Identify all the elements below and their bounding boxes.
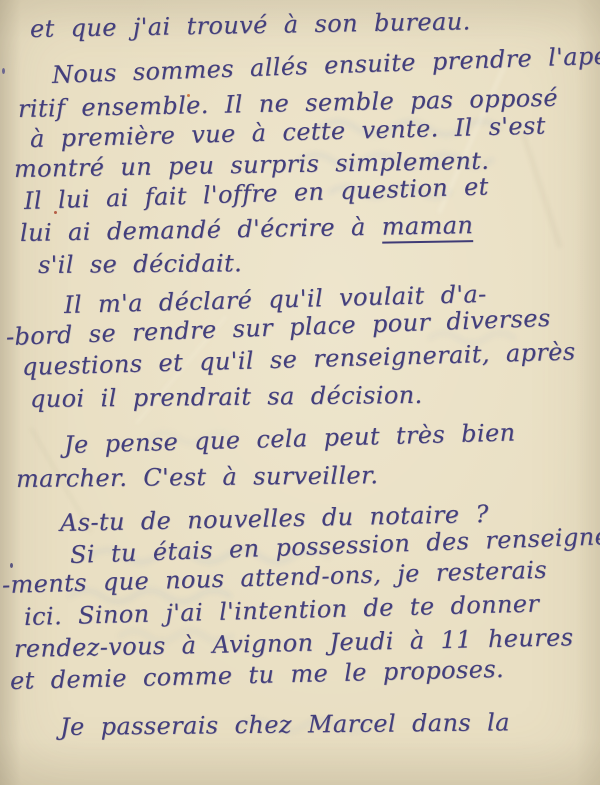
handwritten-line: s'il se décidait. — [38, 248, 242, 280]
underlined-word-maman: maman — [381, 211, 473, 244]
paper-speck — [2, 68, 5, 74]
handwritten-text: lui ai demandé d'écrire à — [20, 213, 382, 247]
paper-speck — [10, 563, 13, 568]
handwritten-line: Je passerais chez Marcel dans la — [60, 707, 510, 742]
handwritten-line: quoi il prendrait sa décision. — [30, 380, 423, 414]
handwritten-line: et que j'ai trouvé à son bureau. — [30, 6, 471, 44]
letter-page: et que j'ai trouvé à son bureau. Nous so… — [0, 0, 600, 785]
paper-crease — [522, 132, 562, 247]
handwritten-line: Je pense que cela peut très bien — [64, 417, 516, 460]
handwritten-line: lui ai demandé d'écrire à maman — [20, 210, 474, 248]
handwritten-line: marcher. C'est à surveiller. — [16, 460, 379, 494]
